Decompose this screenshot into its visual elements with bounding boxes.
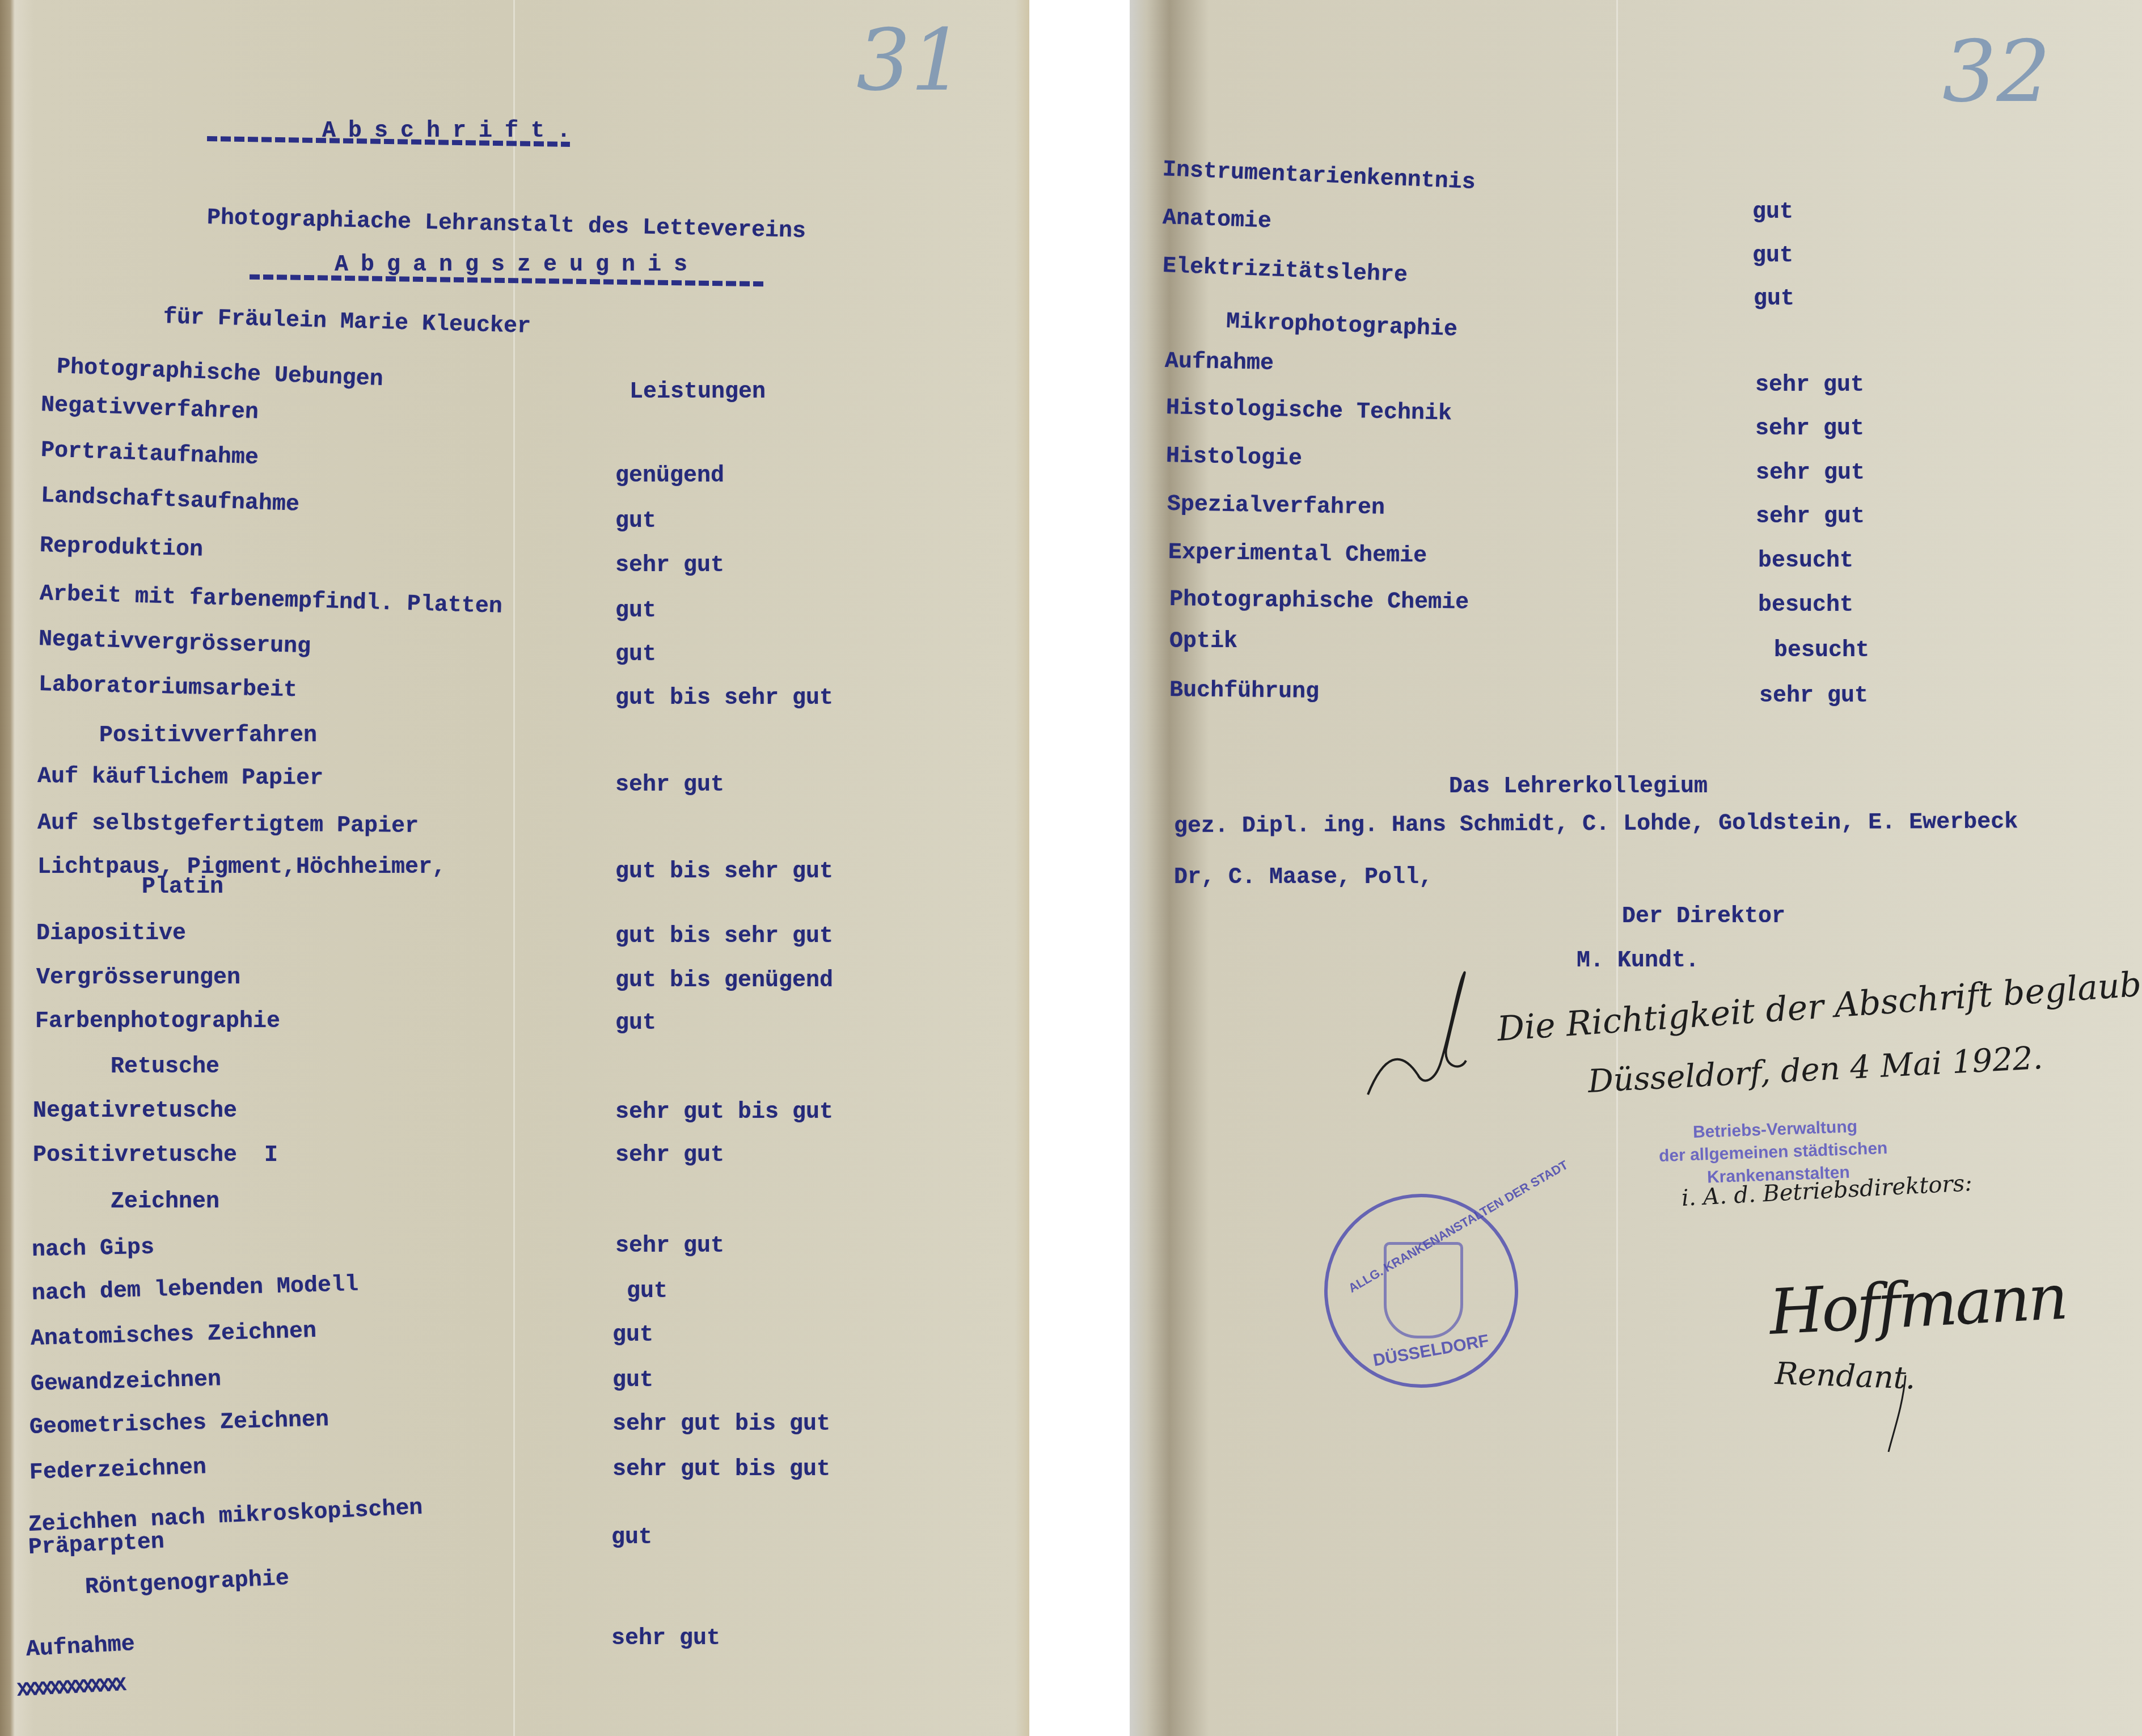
grade-cell: sehr gut: [1756, 462, 1865, 485]
grade-cell: sehr gut bis gut: [615, 1101, 833, 1124]
subject-cell: Laboratoriumsarbeit: [39, 674, 298, 702]
subject-cell: Negativretusche: [33, 1100, 237, 1123]
grade-cell: gut: [612, 1324, 653, 1347]
grade-cell: gut bis sehr gut: [615, 861, 833, 884]
grade-cell: sehr gut bis gut: [612, 1459, 830, 1481]
subject-cell: Positivretusche I: [33, 1144, 278, 1167]
subject-cell-continued: Platin: [142, 876, 223, 899]
director-title: Der Direktor: [1622, 906, 1785, 928]
grade-cell: sehr gut: [1755, 418, 1864, 441]
grade-cell: sehr gut: [1756, 506, 1865, 529]
grade-cell: gut: [615, 1012, 656, 1035]
subject-cell: Lichtpaus, Pigment,Höchheimer,: [37, 856, 446, 879]
grade-cell: gut bis sehr gut: [615, 687, 833, 710]
section-heading: Positivverfahren: [99, 725, 317, 747]
subject-cell: Aufnahme: [1165, 350, 1274, 375]
grade-cell: sehr gut: [1755, 374, 1864, 397]
subject-cell: Vergrösserungen: [36, 967, 240, 990]
grade-cell: sehr gut: [615, 1235, 724, 1258]
grade-cell: genügend: [615, 465, 724, 488]
subject-cell: Farbenphotographie: [35, 1011, 280, 1033]
signature: Hoffmann: [1768, 1261, 2068, 1349]
faculty-signatories-line-1: gez. Dipl. ing. Hans Schmidt, C. Lohde, …: [1174, 811, 2018, 838]
grade-cell: sehr gut: [1759, 685, 1868, 708]
signature-stroke: [1883, 1372, 1917, 1458]
subject-cell: Aufnahme: [26, 1633, 136, 1662]
subject-cell: Optik: [1169, 631, 1237, 653]
grade-cell: sehr gut bis gut: [612, 1413, 830, 1436]
grade-cell: gut: [615, 600, 656, 623]
folio-number: 31: [856, 11, 965, 110]
grade-cell: gut: [612, 1370, 653, 1392]
director-name: M. Kundt.: [1577, 950, 1699, 973]
subject-cell: Histologische Technik: [1166, 397, 1452, 426]
subject-cell: nach Gips: [32, 1236, 155, 1262]
subject-cell: Buchführung: [1169, 679, 1319, 704]
grade-cell: gut bis genügend: [615, 970, 833, 992]
grade-cell: besucht: [1758, 594, 1853, 617]
grade-cell: gut: [1754, 288, 1794, 311]
faculty-signatories-line-2: Dr, C. Maase, Poll,: [1174, 867, 1433, 889]
grade-column-header: Leistungen: [629, 381, 766, 404]
section-heading: Retusche: [111, 1056, 219, 1079]
subject-cell: Gewandzeichnen: [30, 1368, 221, 1396]
folio-number: 32: [1942, 23, 2051, 121]
grade-cell: gut: [1752, 245, 1793, 268]
subject-cell: Reproduktion: [39, 535, 203, 562]
grade-cell: besucht: [1758, 550, 1853, 573]
grade-cell: gut: [615, 644, 656, 666]
page-fold: [1616, 0, 1618, 1736]
subject-cell: Spezialverfahren: [1167, 493, 1385, 520]
faculty-heading: Das Lehrerkollegium: [1449, 776, 1708, 799]
grade-cell: sehr gut: [611, 1628, 720, 1650]
subject-cell: Anatomie: [1162, 207, 1271, 234]
document-type: Abgangszeugnis: [335, 254, 700, 277]
grade-cell: gut: [1752, 201, 1793, 224]
subject-cell: Photographische Chemie: [1169, 589, 1469, 615]
grade-cell: besucht: [1774, 640, 1869, 662]
grade-cell: gut: [627, 1281, 667, 1303]
grade-cell: sehr gut: [615, 774, 724, 797]
subject-cell: Auf käuflichem Papier: [37, 766, 323, 791]
grade-cell: gut: [615, 510, 656, 533]
grade-cell: sehr gut: [615, 1144, 724, 1167]
grade-cell: gut: [611, 1527, 652, 1549]
section-heading: Zeichnen: [111, 1191, 219, 1214]
subject-cell: Auf selbstgefertigtem Papier: [37, 812, 419, 838]
struck-out-text: XXXXXXXXXXXXX: [16, 1676, 124, 1701]
subject-cell: Diapositive: [36, 923, 186, 945]
subject-cell: Federzeichnen: [29, 1456, 206, 1485]
grade-cell: sehr gut: [615, 555, 724, 577]
subject-cell: Experimental Chemie: [1168, 542, 1427, 568]
grade-cell: gut bis sehr gut: [615, 926, 833, 948]
subject-cell-continued: Präparpten: [28, 1531, 165, 1560]
subject-cell: Histologie: [1166, 445, 1303, 471]
